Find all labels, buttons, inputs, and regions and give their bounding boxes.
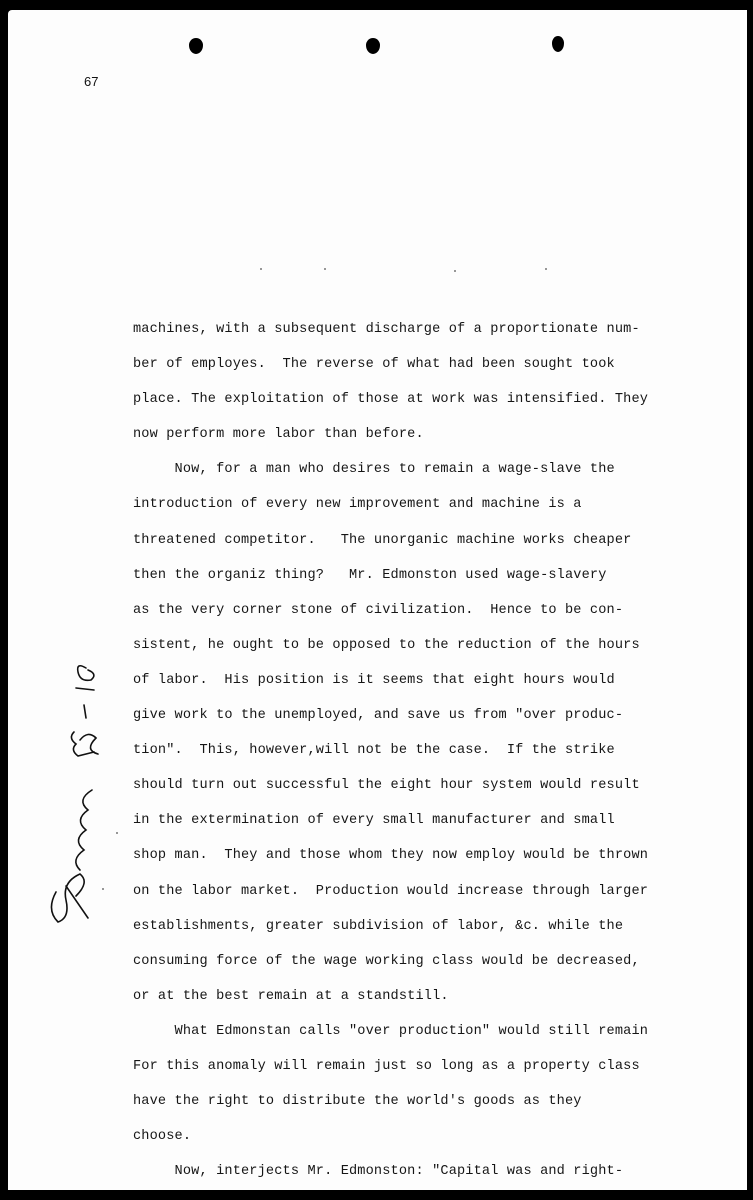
text-line: tion". This, however,will not be the cas… — [133, 733, 723, 768]
scan-speck — [260, 268, 262, 270]
document-page: 67 Peoples Ex - 57 machines, with a subs… — [8, 10, 747, 1190]
text-line: What Edmonstan calls "over production" w… — [133, 1014, 723, 1049]
punch-hole-icon — [366, 38, 380, 54]
scan-speck — [116, 832, 118, 834]
text-line: give work to the unemployed, and save us… — [133, 698, 723, 733]
handwritten-exhibit-annotation: Peoples Ex - 57 — [36, 660, 106, 930]
punch-hole-icon — [552, 36, 564, 52]
text-line: For this anomaly will remain just so lon… — [133, 1049, 723, 1084]
text-line: machines, with a subsequent discharge of… — [133, 312, 723, 347]
text-line: choose. — [133, 1119, 723, 1154]
punch-hole-icon — [189, 38, 203, 54]
text-line: establishments, greater subdivision of l… — [133, 909, 723, 944]
text-line: as the very corner stone of civilization… — [133, 593, 723, 628]
page-number: 67 — [84, 74, 98, 89]
text-line: threatened competitor. The unorganic mac… — [133, 523, 723, 558]
text-line: introduction of every new improvement an… — [133, 487, 723, 522]
text-line: now perform more labor than before. — [133, 417, 723, 452]
typed-letter-body: machines, with a subsequent discharge of… — [133, 312, 723, 1189]
scan-speck — [454, 270, 456, 272]
scan-speck — [545, 268, 547, 270]
text-line: should turn out successful the eight hou… — [133, 768, 723, 803]
text-line: in the extermination of every small manu… — [133, 803, 723, 838]
text-line: have the right to distribute the world's… — [133, 1084, 723, 1119]
text-line: consuming force of the wage working clas… — [133, 944, 723, 979]
text-line: place. The exploitation of those at work… — [133, 382, 723, 417]
text-line: of labor. His position is it seems that … — [133, 663, 723, 698]
text-line: on the labor market. Production would in… — [133, 874, 723, 909]
text-line: shop man. They and those whom they now e… — [133, 838, 723, 873]
text-line: then the organiz thing? Mr. Edmonston us… — [133, 558, 723, 593]
text-line: ber of employes. The reverse of what had… — [133, 347, 723, 382]
text-line: or at the best remain at a standstill. — [133, 979, 723, 1014]
scan-speck — [324, 268, 326, 270]
text-line: Now, for a man who desires to remain a w… — [133, 452, 723, 487]
text-line: sistent, he ought to be opposed to the r… — [133, 628, 723, 663]
text-line: Now, interjects Mr. Edmonston: "Capital … — [133, 1154, 723, 1189]
